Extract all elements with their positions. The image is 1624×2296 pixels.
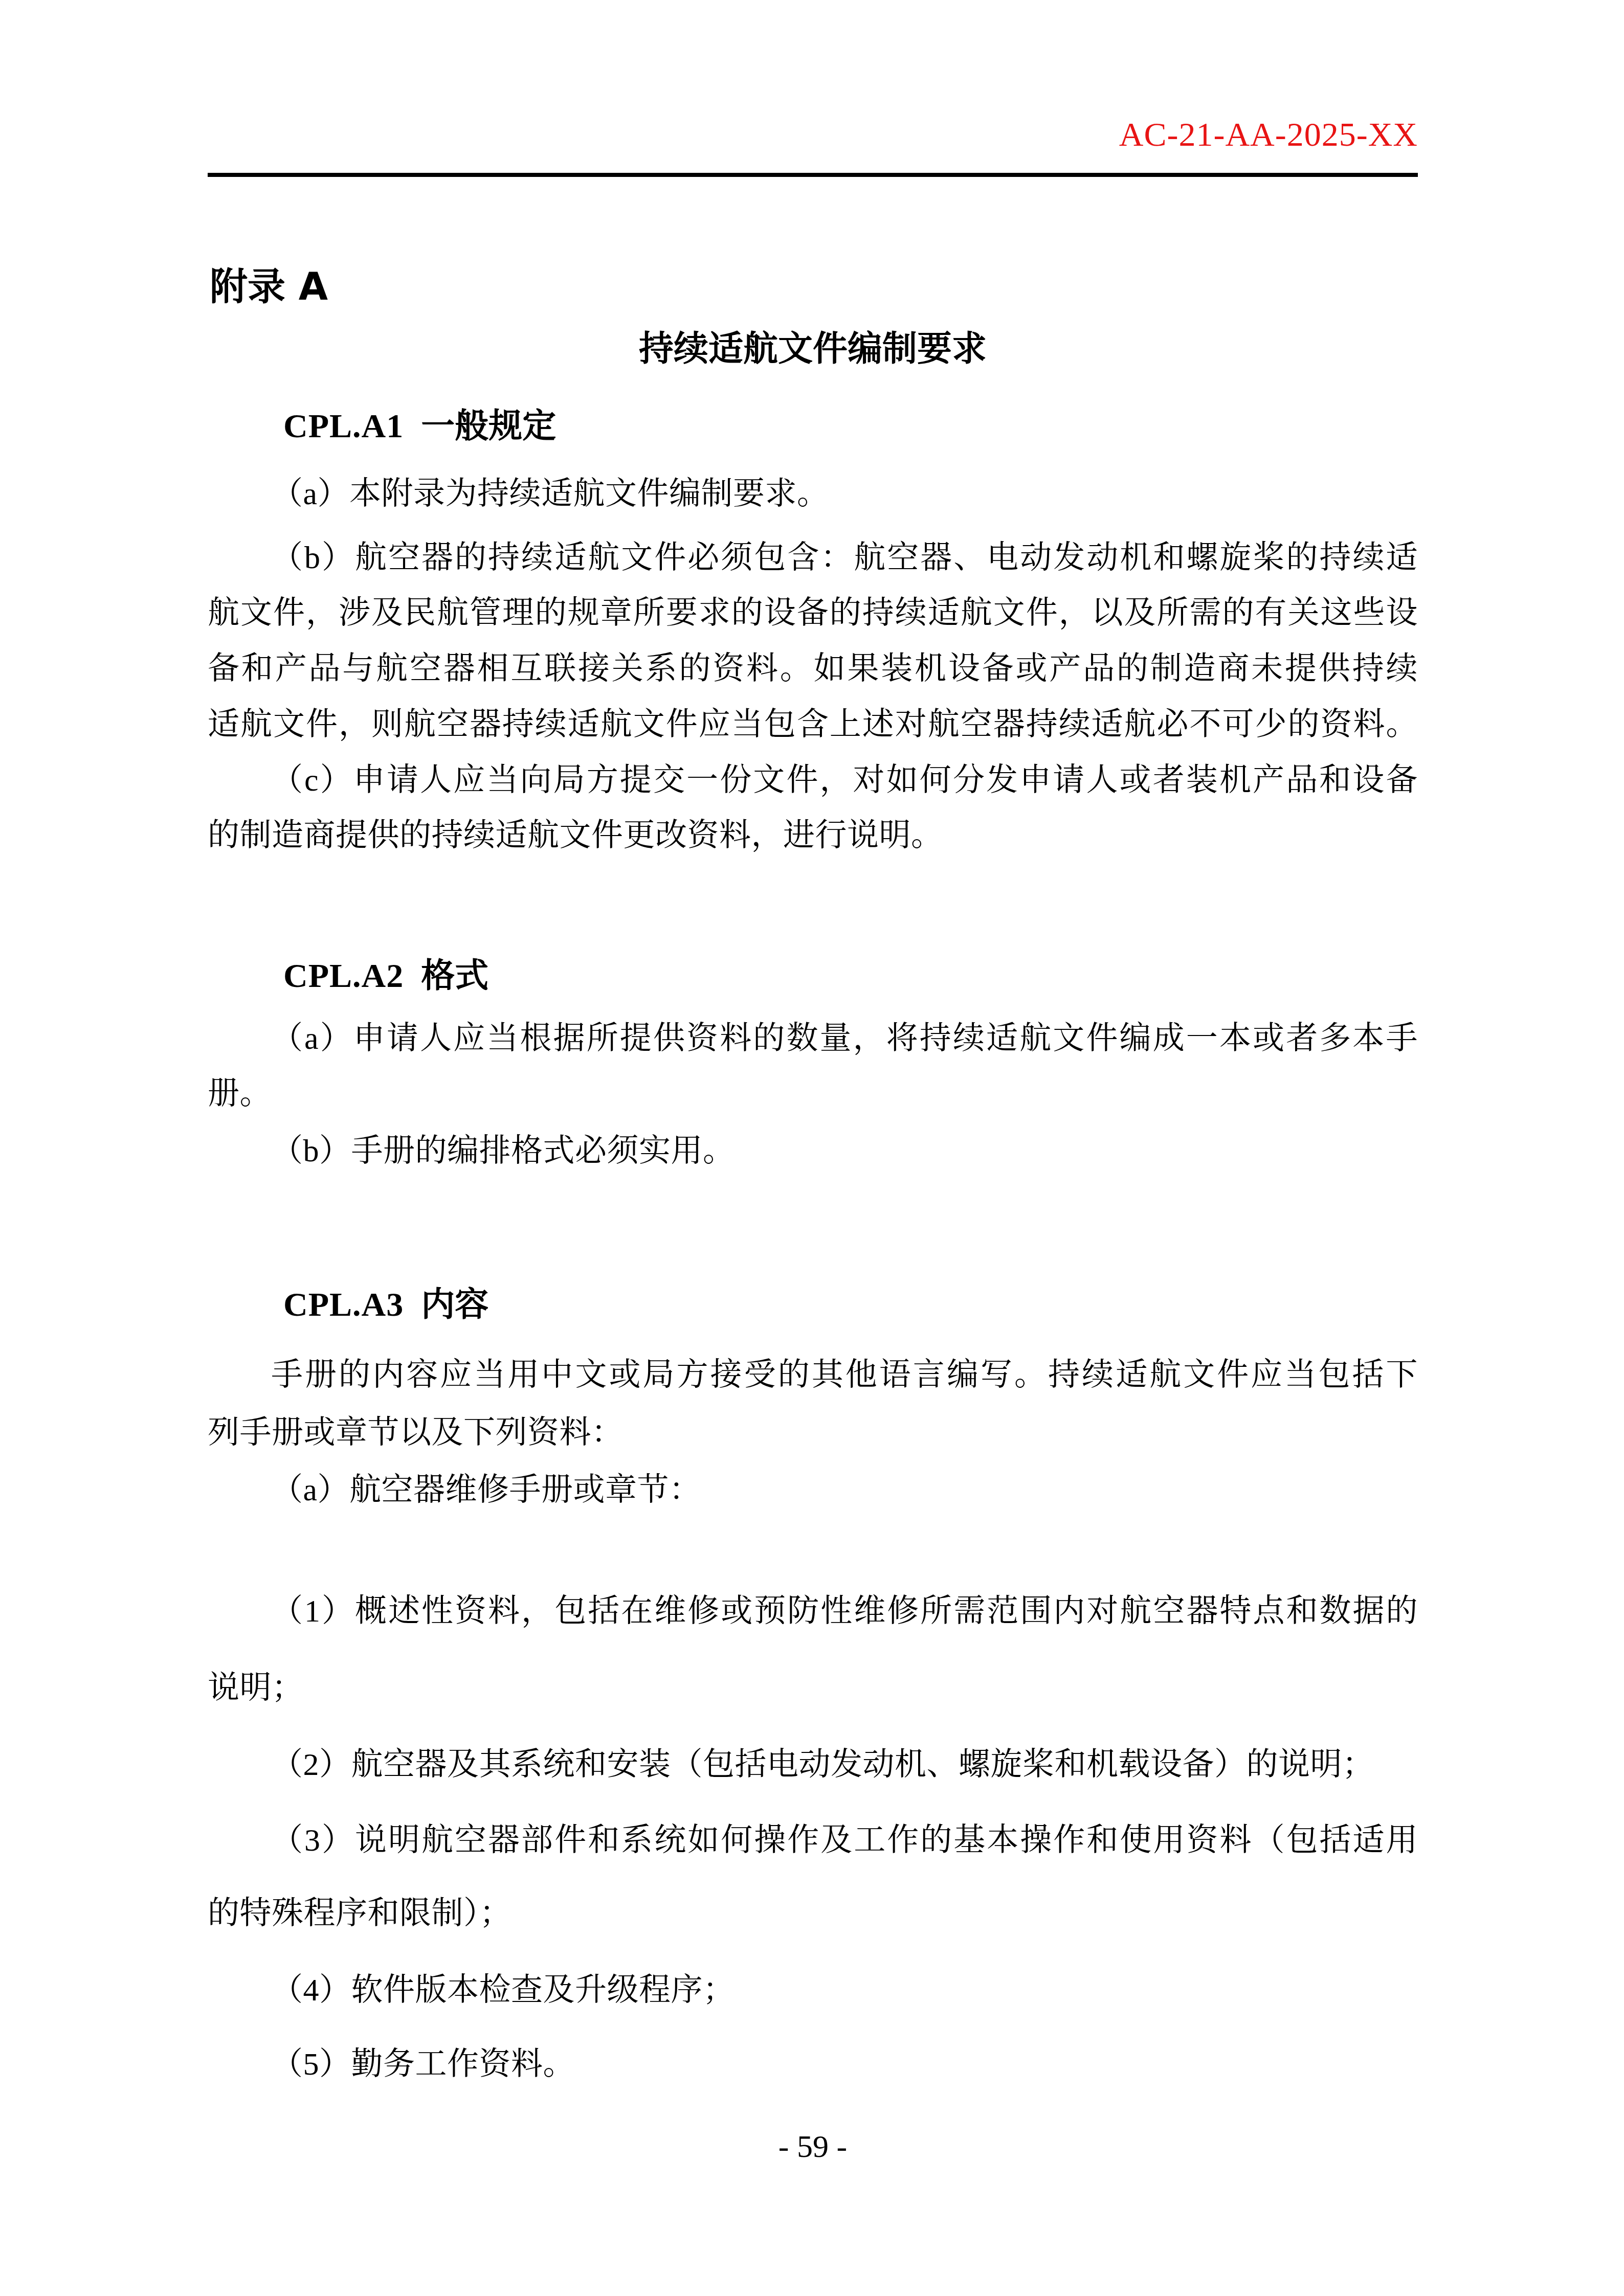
page-number: - 59 - bbox=[208, 2129, 1418, 2165]
para-1c-line-1: （c）申请人应当向局方提交一份文件，对如何分发申请人或者装机产品和设备 bbox=[208, 762, 1418, 799]
para-3a3-line-1: （3）说明航空器部件和系统如何操作及工作的基本操作和使用资料（包括适用 bbox=[208, 1822, 1418, 1859]
para-1b-line-2: 航文件，涉及民航管理的规章所要求的设备的持续适航文件，以及所需的有关这些设 bbox=[208, 595, 1418, 632]
para-1a-line-1: （a）本附录为持续适航文件编制要求。 bbox=[208, 476, 1418, 513]
section-name: 内容 bbox=[421, 1285, 488, 1324]
section-heading-cpl-a2: CPL.A2格式 bbox=[208, 956, 1418, 996]
para-3a-line-1: （a）航空器维修手册或章节： bbox=[208, 1472, 1418, 1509]
section-name: 格式 bbox=[421, 956, 488, 995]
para-2a-line-1: （a）申请人应当根据所提供资料的数量，将持续适航文件编成一本或者多本手 bbox=[208, 1020, 1418, 1057]
para-2a-line-2: 册。 bbox=[208, 1075, 1418, 1113]
section-code: CPL.A1 bbox=[283, 408, 404, 445]
page-title: 持续适航文件编制要求 bbox=[208, 321, 1418, 371]
para-1b-line-3: 备和产品与航空器相互联接关系的资料。如果装机设备或产品的制造商未提供持续 bbox=[208, 650, 1418, 688]
doc-number: AC-21-AA-2025-XX bbox=[1119, 117, 1418, 154]
para-3a5-line-1: （5）勤务工作资料。 bbox=[208, 2046, 1418, 2083]
para-3a4-line-1: （4）软件版本检查及升级程序； bbox=[208, 1972, 1418, 2009]
section-code: CPL.A2 bbox=[283, 957, 404, 995]
document-page: AC-21-AA-2025-XX 附录 A 持续适航文件编制要求 CPL.A1一… bbox=[0, 0, 1624, 2296]
para-1b-line-4: 适航文件，则航空器持续适航文件应当包含上述对航空器持续适航必不可少的资料。 bbox=[208, 706, 1418, 744]
section-code: CPL.A3 bbox=[283, 1286, 404, 1323]
para-3a3-line-2: 的特殊程序和限制）； bbox=[208, 1895, 1418, 1932]
appendix-label: 附录 A bbox=[210, 257, 328, 311]
section-name: 一般规定 bbox=[421, 406, 556, 445]
para-3-line-1: 手册的内容应当用中文或局方接受的其他语言编写。持续适航文件应当包括下 bbox=[208, 1357, 1418, 1394]
para-3-line-2: 列手册或章节以及下列资料： bbox=[208, 1414, 1418, 1452]
para-3a2-line-1: （2）航空器及其系统和安装（包括电动发动机、螺旋桨和机载设备）的说明； bbox=[208, 1746, 1418, 1784]
para-3a1-line-2: 说明； bbox=[208, 1670, 1418, 1707]
para-2b-line-1: （b）手册的编排格式必须实用。 bbox=[208, 1133, 1418, 1170]
header-rule bbox=[208, 173, 1418, 177]
para-1b-line-1: （b）航空器的持续适航文件必须包含：航空器、电动发动机和螺旋桨的持续适 bbox=[208, 539, 1418, 577]
section-heading-cpl-a3: CPL.A3内容 bbox=[208, 1285, 1418, 1324]
para-3a1-line-1: （1）概述性资料，包括在维修或预防性维修所需范围内对航空器特点和数据的 bbox=[208, 1593, 1418, 1630]
section-heading-cpl-a1: CPL.A1一般规定 bbox=[208, 407, 1418, 446]
para-1c-line-2: 的制造商提供的持续适航文件更改资料，进行说明。 bbox=[208, 817, 1418, 854]
